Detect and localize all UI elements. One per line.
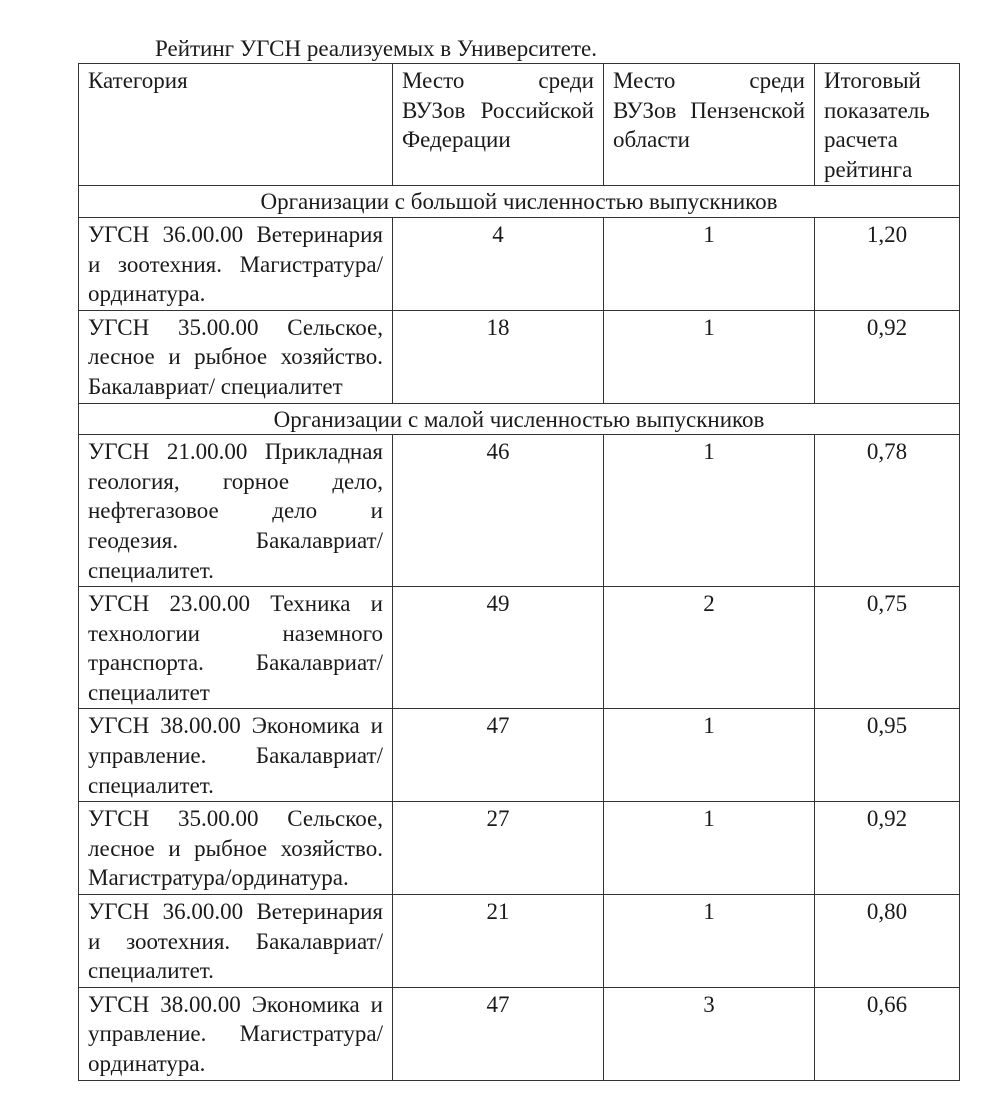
cell-final-score: 0,80 [815,895,960,988]
cell-rf-place: 18 [393,310,604,403]
header-penza-place: Место среди ВУЗов Пензенской области [604,64,815,186]
cell-penza-place: 1 [604,217,815,310]
cell-rf-place: 46 [393,435,604,587]
cell-penza-place: 1 [604,310,815,403]
table-row: УГСН 36.00.00 Ветеринария и зоотехния. М… [79,217,960,310]
cell-category: УГСН 36.00.00 Ветеринария и зоотехния. М… [79,217,393,310]
cell-penza-place: 1 [604,895,815,988]
table-row: УГСН 21.00.00 Прикладная геология, горно… [79,435,960,587]
cell-final-score: 0,75 [815,587,960,709]
group-label: Организации с большой численностью выпус… [79,186,960,218]
header-final-score: Итоговый показатель расчета рейтинга [815,64,960,186]
cell-final-score: 1,20 [815,217,960,310]
table-row: УГСН 38.00.00 Экономика и управление. Ма… [79,987,960,1080]
cell-penza-place: 3 [604,987,815,1080]
cell-rf-place: 49 [393,587,604,709]
table-row: УГСН 35.00.00 Сельское, лесное и рыбное … [79,310,960,403]
header-rf-place: Место среди ВУЗов Российской Федерации [393,64,604,186]
table-row: УГСН 23.00.00 Техника и технологии назем… [79,587,960,709]
group-row: Организации с большой численностью выпус… [79,186,960,218]
cell-final-score: 0,78 [815,435,960,587]
cell-rf-place: 21 [393,895,604,988]
cell-final-score: 0,66 [815,987,960,1080]
cell-category: УГСН 35.00.00 Сельское, лесное и рыбное … [79,802,393,895]
group-label: Организации с малой численностью выпускн… [79,403,960,435]
cell-category: УГСН 38.00.00 Экономика и управление. Ба… [79,709,393,802]
table-row: УГСН 35.00.00 Сельское, лесное и рыбное … [79,802,960,895]
cell-penza-place: 1 [604,709,815,802]
header-category: Категория [79,64,393,186]
cell-category: УГСН 35.00.00 Сельское, лесное и рыбное … [79,310,393,403]
cell-rf-place: 27 [393,802,604,895]
cell-penza-place: 1 [604,435,815,587]
cell-final-score: 0,95 [815,709,960,802]
cell-penza-place: 2 [604,587,815,709]
group-row: Организации с малой численностью выпускн… [79,403,960,435]
cell-penza-place: 1 [604,802,815,895]
cell-rf-place: 47 [393,709,604,802]
cell-category: УГСН 38.00.00 Экономика и управление. Ма… [79,987,393,1080]
cell-rf-place: 47 [393,987,604,1080]
rating-table: Категория Место среди ВУЗов Российской Ф… [78,63,960,1081]
cell-category: УГСН 21.00.00 Прикладная геология, горно… [79,435,393,587]
cell-category: УГСН 36.00.00 Ветеринария и зоотехния. Б… [79,895,393,988]
document-title: Рейтинг УГСН реализуемых в Университете. [155,34,597,64]
cell-rf-place: 4 [393,217,604,310]
cell-category: УГСН 23.00.00 Техника и технологии назем… [79,587,393,709]
table-row: УГСН 38.00.00 Экономика и управление. Ба… [79,709,960,802]
cell-final-score: 0,92 [815,802,960,895]
table-row: УГСН 36.00.00 Ветеринария и зоотехния. Б… [79,895,960,988]
cell-final-score: 0,92 [815,310,960,403]
table-header-row: Категория Место среди ВУЗов Российской Ф… [79,64,960,186]
